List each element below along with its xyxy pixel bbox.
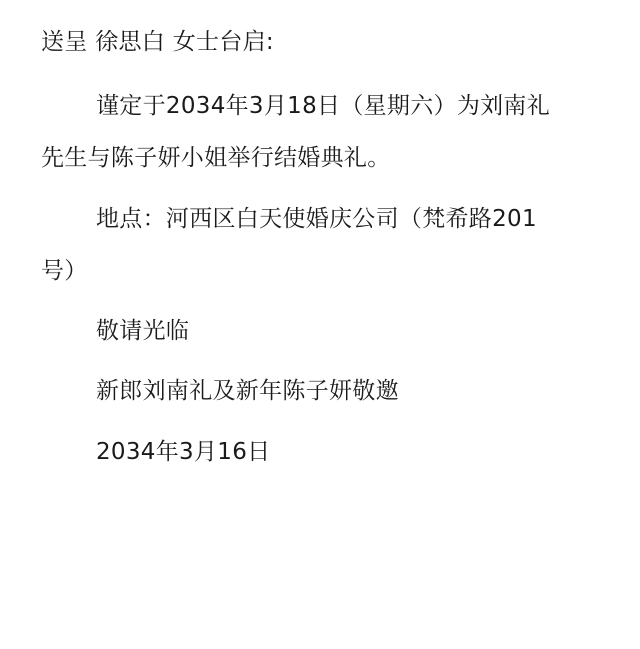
- signature: 新郎刘南礼及新年陈子妍敬邀: [96, 375, 399, 407]
- body-text-line-1: 谨定于2034年3月18日（星期六）为刘南礼: [96, 90, 550, 122]
- issue-date: 2034年3月16日: [96, 436, 270, 468]
- salutation: 送呈 徐思白 女士台启:: [41, 26, 274, 58]
- location-line-2: 号）: [41, 255, 88, 287]
- location-line-1: 地点：河西区白天使婚庆公司（梵希路201: [96, 203, 537, 235]
- body-text-line-2: 先生与陈子妍小姐举行结婚典礼。: [41, 142, 391, 174]
- closing-text: 敬请光临: [96, 315, 189, 347]
